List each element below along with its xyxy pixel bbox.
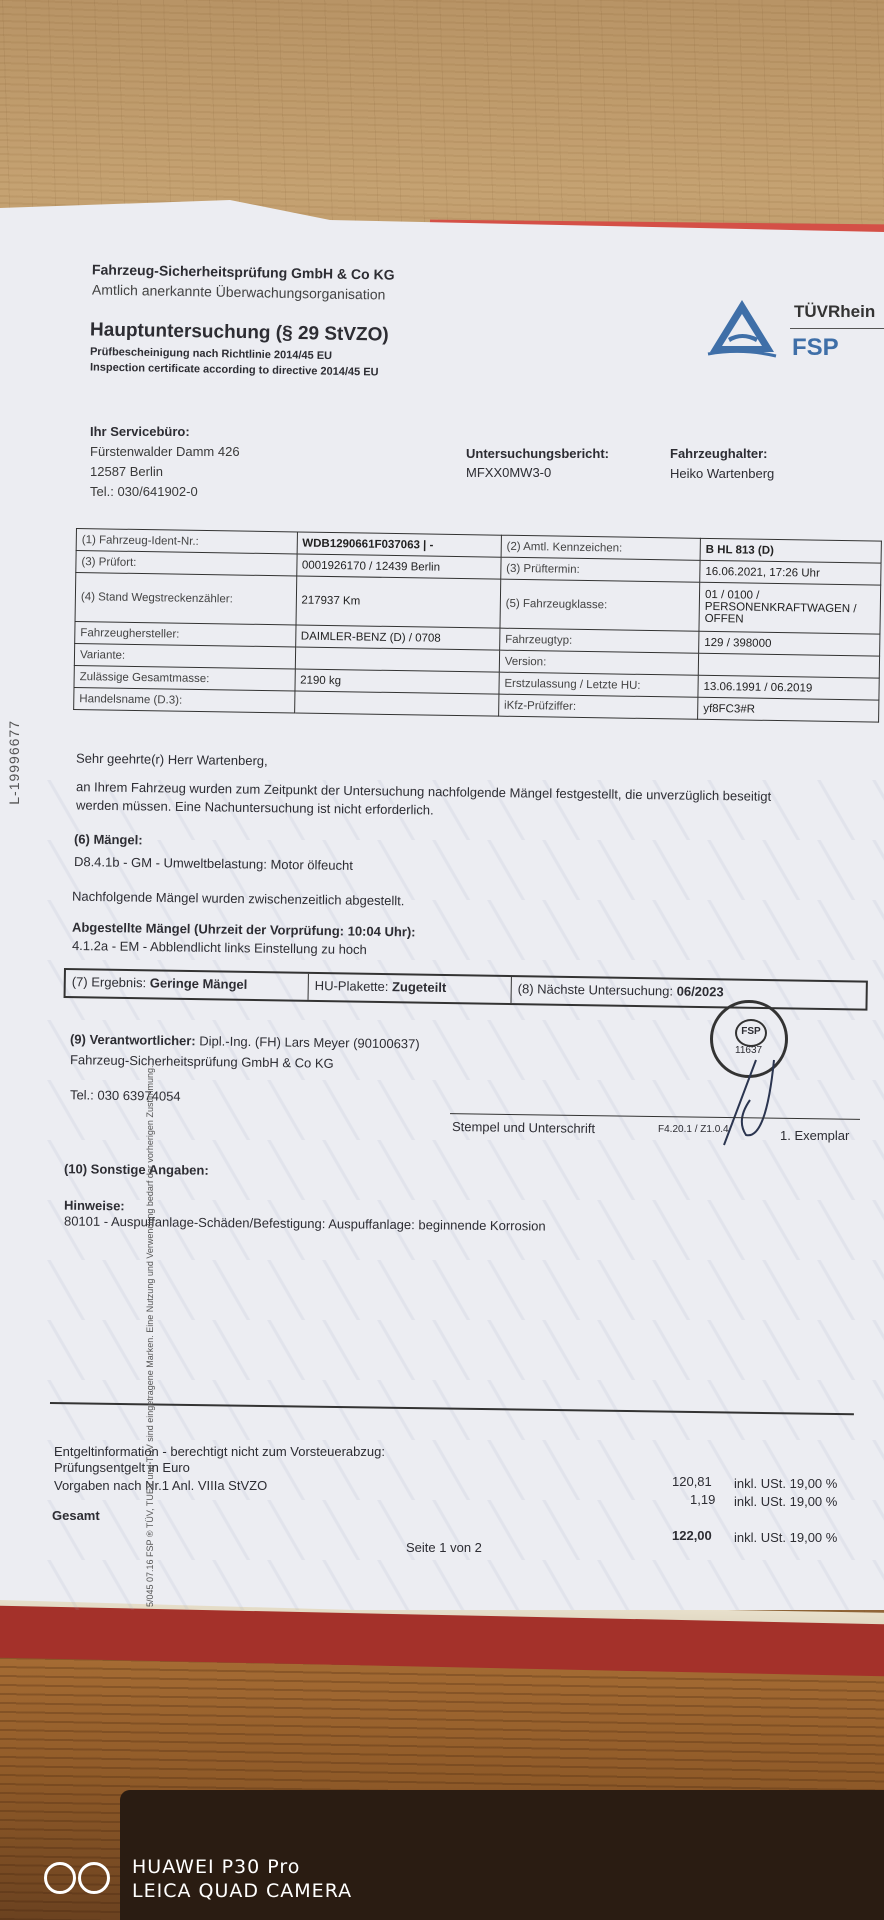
company-name: Fahrzeug-Sicherheitsprüfung GmbH & Co KG [92,261,395,282]
trade-name-value [294,691,499,716]
copy-number: 1. Exemplar [780,1128,849,1143]
total-label: Gesamt [52,1508,100,1523]
registration-value: 13.06.1991 / 06.2019 [698,675,879,700]
result-cell: (7) Ergebnis: Geringe Mängel [66,970,309,1000]
owner-label: Fahrzeughalter: [670,446,768,461]
responsible-label: (9) Verantwortlicher: [70,1032,196,1049]
logo-divider [790,328,884,329]
responsible-line: (9) Verantwortlicher: Dipl.-Ing. (FH) La… [70,1032,420,1052]
other-info-label: (10) Sonstige Angaben: [64,1161,209,1178]
version-label: Version: [499,650,699,675]
vehicle-class-value: 01 / 0100 / PERSONENKRAFTWAGEN / OFFEN [699,582,881,634]
odometer-label: (4) Stand Wegstreckenzähler: [75,573,296,625]
service-office-street: Fürstenwalder Damm 426 [90,444,240,459]
logo-brand: TÜVRhein [794,302,875,322]
responsible-value: Dipl.-Ing. (FH) Lars Meyer (90100637) [196,1033,420,1051]
fee-line1-label: Prüfungsentgelt in Euro [54,1460,190,1475]
plakette-value: Zugeteilt [392,979,446,995]
fee-line2-label: Vorgaben nach Nr.1 Anl. VIIIa StVZO [54,1478,267,1493]
defect-item: D8.4.1b - GM - Umweltbelastung: Motor öl… [74,854,353,873]
fee-line1-vat: inkl. USt. 19,00 % [734,1476,837,1491]
result-value: Geringe Mängel [150,975,248,992]
body-text-line-2: werden müssen. Eine Nachuntersuchung ist… [76,798,434,818]
salutation: Sehr geehrte(r) Herr Wartenberg, [76,751,268,769]
fixed-defect-item: 4.1.2a - EM - Abblendlicht links Einstel… [72,938,367,957]
report-label: Untersuchungsbericht: [466,446,609,461]
vehicle-type-label: Fahrzeugtyp: [499,628,699,653]
plakette-label: HU-Plakette: [315,978,393,994]
report-value: MFXX0MW3-0 [466,465,551,480]
inspection-certificate: Fahrzeug-Sicherheitsprüfung GmbH & Co KG… [0,0,884,1920]
trade-name-label: Handelsname (D.3): [74,687,295,712]
odometer-value: 217937 Km [296,576,501,628]
test-date-value: 16.06.2021, 17:26 Uhr [700,560,881,585]
test-date-label: (3) Prüftermin: [501,557,701,582]
side-legal-text: 5/045 07.16 FSP ® TÜV, TUEV und TUV sind… [145,707,155,1607]
subtitle-en: Inspection certificate according to dire… [90,361,379,378]
camera-brand: LEICA QUAD CAMERA [132,1880,352,1902]
fee-line2-vat: inkl. USt. 19,00 % [734,1494,837,1509]
test-location-value: 0001926170 / 12439 Berlin [296,554,501,579]
responsible-company: Fahrzeug-Sicherheitsprüfung GmbH & Co KG [70,1052,334,1071]
total-amount: 122,00 [672,1528,712,1543]
signature-label: Stempel und Unterschrift [452,1119,595,1136]
note-item: 80101 - Auspuffanlage-Schäden/Befestigun… [64,1213,546,1233]
fixed-note: Nachfolgende Mängel wurden zwischenzeitl… [72,889,405,909]
version-value [698,653,879,678]
camera-model: HUAWEI P30 Pro [132,1856,300,1878]
plate-label: (2) Amtl. Kennzeichen: [501,535,701,560]
variant-value [295,647,500,672]
gross-weight-value: 2190 kg [294,669,499,694]
logo-fsp: FSP [792,334,839,362]
fee-line1-amount: 120,81 [672,1474,712,1489]
responsible-phone: Tel.: 030 63974054 [70,1087,181,1104]
service-office-city: 12587 Berlin [90,464,163,479]
notes-label: Hinweise: [64,1198,125,1214]
registration-label: Erstzulassung / Letzte HU: [499,672,699,697]
camera-logo-icon [44,1862,110,1894]
page-number: Seite 1 von 2 [406,1540,482,1555]
plakette-cell: HU-Plakette: Zugeteilt [309,974,512,1003]
tuv-triangle-icon [706,296,778,358]
owner-value: Heiko Wartenberg [670,466,774,481]
next-inspection-cell: (8) Nächste Untersuchung: 06/2023 [512,977,730,1006]
next-inspection-label: (8) Nächste Untersuchung: [518,981,677,998]
service-office-phone: Tel.: 030/641902-0 [90,484,198,499]
fee-line2-amount: 1,19 [690,1492,715,1507]
defects-label: (6) Mängel: [74,832,143,848]
subtitle-de: Prüfbescheinigung nach Richtlinie 2014/4… [90,346,332,362]
ikfz-check-label: iKfz-Prüfziffer: [498,694,698,719]
form-code: F4.20.1 / Z1.0.4 [658,1124,729,1135]
ikfz-check-value: yf8FC3#R [698,697,879,722]
vehicle-class-label: (5) Fahrzeugklasse: [500,579,700,631]
fee-header: Entgeltinformation - berechtigt nicht zu… [54,1444,385,1459]
total-vat: inkl. USt. 19,00 % [734,1530,837,1545]
company-subtitle: Amtlich anerkannte Überwachungsorganisat… [92,281,386,302]
vin-value: WDB1290661F037063 | - [297,532,502,557]
document-title: Hauptuntersuchung (§ 29 StVZO) [90,319,389,346]
vehicle-type-value: 129 / 398000 [699,631,880,656]
fee-divider [50,1402,854,1415]
fixed-defects-label: Abgestellte Mängel (Uhrzeit der Vorprüfu… [72,920,416,940]
service-office-label: Ihr Servicebüro: [90,424,190,439]
vehicle-data-table: (1) Fahrzeug-Ident-Nr.: WDB1290661F03706… [73,528,882,723]
manufacturer-value: DAIMLER-BENZ (D) / 0708 [295,625,500,650]
result-label: (7) Ergebnis: [72,974,150,990]
next-inspection-value: 06/2023 [677,984,724,1000]
plate-value: B HL 813 (D) [700,538,881,563]
side-serial-number: L-19996677 [6,720,22,805]
